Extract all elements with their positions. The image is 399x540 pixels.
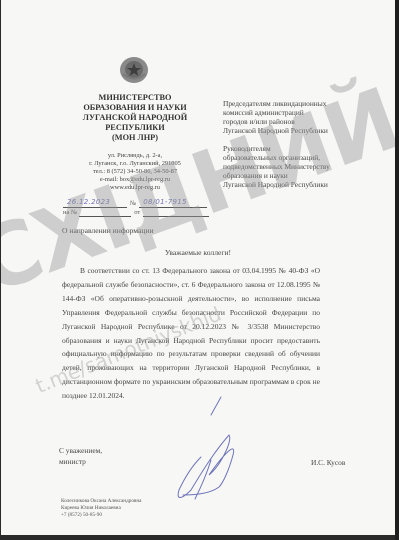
- org-line: МИНИСТЕРСТВО: [67, 93, 203, 103]
- letter-closing: С уважением, министр: [59, 446, 102, 467]
- executor-phone: +7 (8572) 50-85-90: [61, 512, 141, 519]
- scan-frame-edge: [395, 0, 399, 540]
- org-line: ЛУГАНСКОЙ НАРОДНОЙ: [67, 113, 203, 123]
- executors: Колесникова Оксана Александровна Киреева…: [61, 498, 141, 519]
- executor-name: Колесникова Оксана Александровна: [61, 498, 141, 505]
- org-line: РЕСПУБЛИКИ: [67, 123, 203, 133]
- coat-of-arms-icon: [119, 56, 149, 84]
- organization-name: МИНИСТЕРСТВО ОБРАЗОВАНИЯ И НАУКИ ЛУГАНСК…: [67, 93, 203, 143]
- signer-name: И.С. Кусов: [311, 458, 345, 467]
- handwritten-signature: [171, 395, 251, 500]
- executor-name: Киреева Юлия Николаевна: [61, 505, 141, 512]
- closing-line: С уважением,: [59, 446, 102, 457]
- org-line: ОБРАЗОВАНИЯ И НАУКИ: [67, 103, 203, 113]
- document-page: МИНИСТЕРСТВО ОБРАЗОВАНИЯ И НАУКИ ЛУГАНСК…: [1, 0, 395, 535]
- signer-title: министр: [59, 457, 102, 468]
